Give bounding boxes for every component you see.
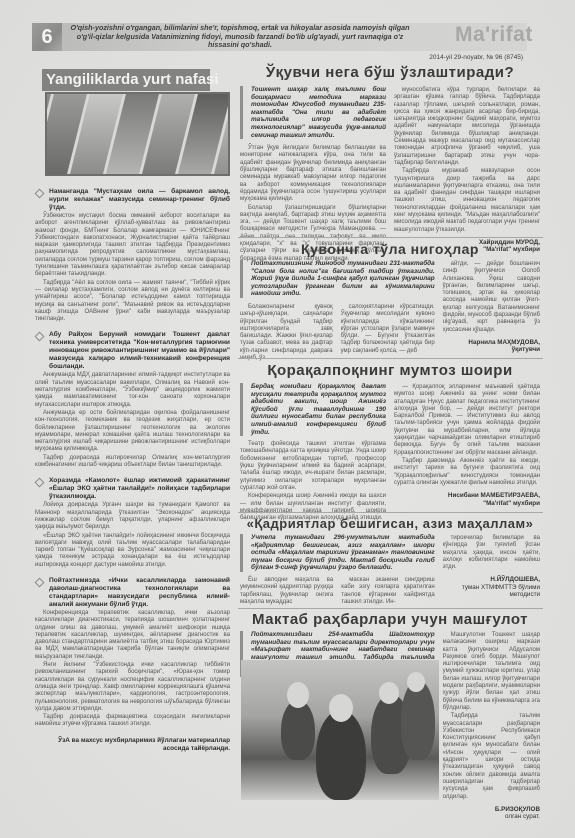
divider bbox=[238, 358, 543, 359]
divider bbox=[238, 608, 543, 609]
article-title: Ўқувчи нега бўш ўзлаштиради? bbox=[240, 64, 540, 81]
article-lead: Пойтахтимизнинг Яшнобод туманидаги 231-м… bbox=[240, 260, 435, 298]
article-body: Болажонларнинг қувноқ шеър-қўшиқлари, са… bbox=[240, 304, 333, 362]
article-body: Тадбир давомида Ажиниёз ҳаёти ва ижоди, … bbox=[394, 458, 540, 487]
article-3: Қорақалпоқнинг мумтоз шоири Бердақ номид… bbox=[240, 362, 540, 522]
article-lead: Учтепа туманидаги 296-умумтаълим мактаби… bbox=[240, 534, 435, 572]
article-body: салоҳиятларини кўрсатишди. Ўқувчилар мис… bbox=[341, 304, 435, 362]
news-item: Пойтахтимизда «Ички касалликларда замона… bbox=[35, 577, 230, 729]
bullet-icon bbox=[35, 332, 45, 342]
article-body: Театр фойесида ташкил этилган кўргазма т… bbox=[240, 441, 386, 492]
face bbox=[407, 672, 425, 692]
news-headline: Абу Райҳон Беруний номидаги Тошкент давл… bbox=[35, 331, 230, 371]
article-1: Ўқувчи нега бўш ўзлаштиради? Тошкент шаҳ… bbox=[240, 64, 540, 263]
byline: Б.РИЗОҚУЛОВ олган сурат. bbox=[443, 806, 540, 821]
article-body: Ёш авлодни маҳалла ва умуминсоний қадрия… bbox=[240, 577, 333, 606]
newspaper-page: 6 O'qish-yozishni o'rgangan, bilimlarini… bbox=[0, 0, 575, 838]
person bbox=[316, 710, 366, 800]
article-body: айтди, — дейди бошланғич синф ўқитувчиси… bbox=[443, 261, 540, 334]
group-photo bbox=[241, 660, 439, 800]
news-body: Конференцияда терапевтик касалликлар, ич… bbox=[35, 610, 230, 661]
article-4: «Қадриятлар бешигисан, азиз маҳаллам» Уч… bbox=[240, 516, 540, 606]
article-body: — Қорақалпоқ элларининг маънавий ҳаётида… bbox=[394, 384, 540, 457]
bullet-icon bbox=[35, 478, 45, 488]
news-body: Тадбир доирасида фармацевтика соҳасидаги… bbox=[35, 714, 230, 729]
article-body: маскан эканини сингдириш каби эзгу ғояла… bbox=[341, 577, 434, 606]
issue-date: 2014-yil 29-noyabr, № 96 (8745) bbox=[429, 54, 523, 61]
news-body: Тадбир доирасида иштирокчилар Олмалиқ ко… bbox=[35, 455, 230, 470]
divider bbox=[238, 512, 543, 513]
article-body: тирокчилар билимлари ва кўнгирда ўзи туғ… bbox=[443, 535, 540, 571]
source-note: ЎзА ва махсус мухбирларимиз йўллаган мат… bbox=[35, 737, 230, 753]
article-body: мунособатига кўра турлари, белгилари ва … bbox=[394, 87, 540, 167]
article-lead: Тошкент шаҳар халқ таълими бош бошқармас… bbox=[240, 86, 386, 139]
person bbox=[281, 700, 315, 760]
divider bbox=[238, 237, 543, 238]
news-body: Анжуманда ер ости бойликларидан оқилона … bbox=[35, 410, 230, 454]
article-body: Машғулотни Тошкент шаҳар малакасини ошир… bbox=[443, 632, 540, 712]
face bbox=[329, 694, 353, 722]
section-title: Yangiliklarda yurt nafasi bbox=[42, 69, 210, 91]
photo-collage bbox=[45, 92, 230, 176]
article-title: Қорақалпоқнинг мумтоз шоири bbox=[240, 362, 540, 379]
news-body: Лойиҳа доирасида Урганч шаҳри ва туманид… bbox=[35, 502, 230, 531]
face bbox=[287, 682, 309, 708]
news-body: Анжуманда МДҲ давлатларининг илмий-тадқи… bbox=[35, 372, 230, 408]
news-body: Тадбирда "Аёл ва соғлом оила — жамият та… bbox=[35, 280, 230, 324]
news-headline: Пойтахтимизда «Ички касалликларда замона… bbox=[35, 577, 230, 609]
page-number: 6 bbox=[32, 23, 62, 51]
news-body: «Ёшлар ЭКО ҳаётни танлайди!» лойиҳасинин… bbox=[35, 533, 230, 569]
article-title: Қувончга тўла нигоҳлар bbox=[240, 241, 540, 257]
news-item: Абу Райҳон Беруний номидаги Тошкент давл… bbox=[35, 331, 230, 469]
header-tagline: O'qish-yozishni o'rgangan, bilimlarini s… bbox=[70, 24, 410, 50]
news-column: Наманганда "Мустаҳкам оила — баркамол ав… bbox=[35, 180, 230, 753]
byline: Н.ЙЎЛДОШЕВА, туман ХТМФМТТЭ бўлими метод… bbox=[443, 576, 540, 599]
news-headline: Наманганда "Мустаҳкам оила — баркамол ав… bbox=[35, 188, 230, 212]
news-body: Ўзбекистон мустақил босма оммавий ахборо… bbox=[35, 213, 230, 279]
article-title: Мактаб раҳбарлари учун машғулот bbox=[240, 611, 540, 628]
article-body: Тадбирда мураккаб мавзуларни осон тушунт… bbox=[394, 168, 540, 234]
byline: Нарнила МАҲМУДОВА, ўқитувчи bbox=[443, 339, 540, 354]
article-lead: Бердақ номидаги Қорақалпоқ давлат мусиқа… bbox=[240, 383, 386, 436]
face bbox=[379, 682, 399, 704]
person bbox=[401, 680, 435, 760]
article-body: Ўтган ўқув йилидаги билимлар беллашуви в… bbox=[240, 145, 386, 203]
bullet-icon bbox=[35, 578, 45, 588]
bullet-icon bbox=[35, 189, 45, 199]
news-body: Янги йилнинг "Ўзбекистонда ички касаллик… bbox=[35, 662, 230, 713]
byline: Нисибани МАМБЕТИРЗАЕВА, "Ma'rifat" мухби… bbox=[394, 492, 540, 507]
article-body: Тадбирда таълим муассасалари раҳбарлари … bbox=[443, 713, 540, 801]
brand-logo: Ma'rifat bbox=[455, 23, 533, 47]
news-item: Хоразмда «Камолот» ёшлар ижтимоий ҳарака… bbox=[35, 477, 230, 569]
article-title: «Қадриятлар бешигисан, азиз маҳаллам» bbox=[240, 516, 540, 531]
news-item: Наманганда "Мустаҳкам оила — баркамол ав… bbox=[35, 188, 230, 323]
news-headline: Хоразмда «Камолот» ёшлар ижтимоий ҳарака… bbox=[35, 477, 230, 501]
article-2: Қувончга тўла нигоҳлар Пойтахтимизнинг Я… bbox=[240, 241, 540, 362]
